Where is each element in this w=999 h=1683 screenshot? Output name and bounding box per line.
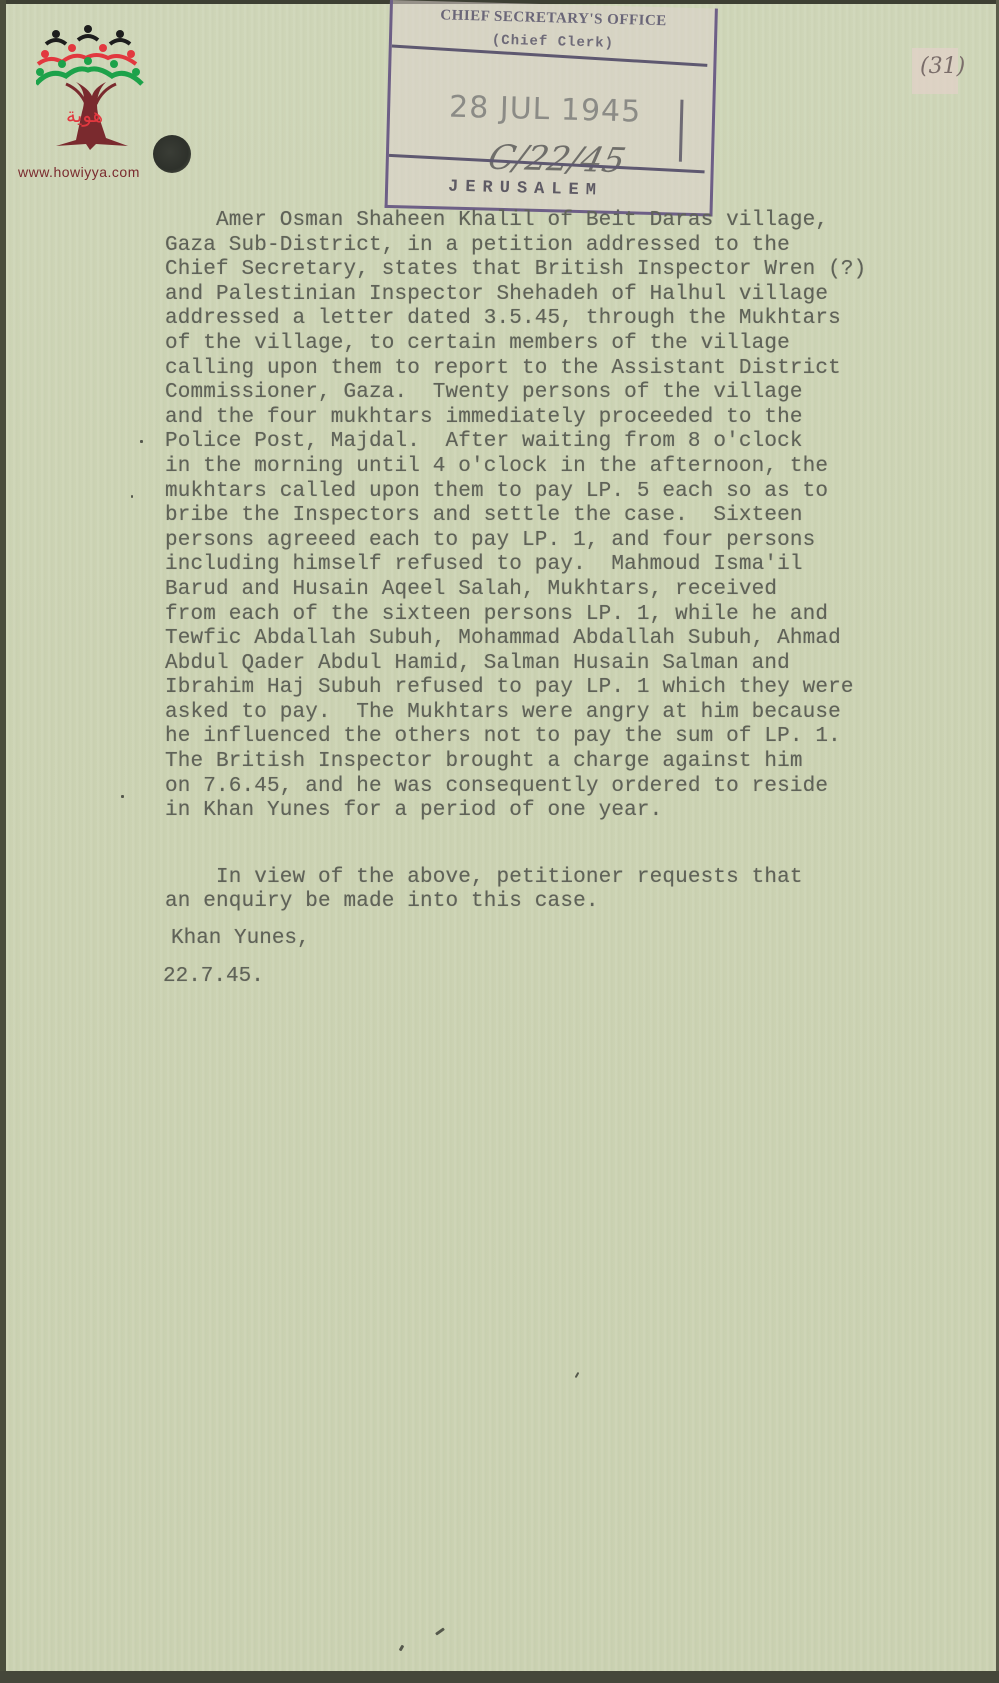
text-line: he influenced the others not to pay the … — [165, 725, 995, 750]
text-line: an enquiry be made into this case. — [165, 890, 995, 914]
text-line: persons agreeed each to pay LP. 1, and f… — [165, 529, 995, 554]
stamp-city: JERUSALEM — [448, 178, 603, 201]
text-line: of the village, to certain members of th… — [165, 332, 995, 357]
date-line: 22.7.45. — [163, 965, 264, 988]
text-line: from each of the sixteen persons LP. 1, … — [165, 603, 995, 628]
paragraph-1: Amer Osman Shaheen Khalil of Beit Daras … — [165, 209, 995, 824]
watermark-url[interactable]: www.howiyya.com — [18, 164, 140, 180]
text-line: on 7.6.45, and he was consequently order… — [165, 775, 995, 800]
text-line: bribe the Inspectors and settle the case… — [165, 504, 995, 529]
text-line: calling upon them to report to the Assis… — [165, 357, 995, 382]
text-line: Barud and Husain Aqeel Salah, Mukhtars, … — [165, 578, 995, 603]
folio-number-text: (31) — [920, 54, 965, 79]
watermark-logo[interactable]: هوية www.howiyya.com — [18, 22, 168, 182]
stamp-bar — [679, 100, 684, 162]
text-line: Tewfic Abdallah Subuh, Mohammad Abdallah… — [165, 627, 995, 652]
text-line: and the four mukhtars immediately procee… — [165, 406, 995, 431]
text-line: in Khan Yunes for a period of one year. — [165, 799, 995, 824]
stamp-title: CHIEF SECRETARY'S OFFICE — [408, 6, 698, 31]
tree-of-people-logo-icon: هوية — [36, 22, 146, 162]
received-stamp: CHIEF SECRETARY'S OFFICE (Chief Clerk) 2… — [385, 0, 718, 217]
ink-blot — [153, 135, 191, 173]
text-line: Ibrahim Haj Subuh refused to pay LP. 1 w… — [165, 676, 995, 701]
paragraph-2: In view of the above, petitioner request… — [165, 866, 995, 913]
folio-number: (31) — [912, 48, 958, 94]
svg-text:هوية: هوية — [66, 103, 103, 127]
text-line: and Palestinian Inspector Shehadeh of Ha… — [165, 283, 995, 308]
text-line: Commissioner, Gaza. Twenty persons of th… — [165, 381, 995, 406]
stray-mark — [121, 795, 124, 798]
text-line: Gaza Sub-District, in a petition address… — [165, 234, 995, 259]
stamp-date: 28 JUL 1945 — [420, 89, 671, 131]
text-line: Amer Osman Shaheen Khalil of Beit Daras … — [165, 209, 995, 234]
text-line: Police Post, Majdal. After waiting from … — [165, 430, 995, 455]
text-line: asked to pay. The Mukhtars were angry at… — [165, 701, 995, 726]
text-line: Chief Secretary, states that British Ins… — [165, 258, 995, 283]
text-line: The British Inspector brought a charge a… — [165, 750, 995, 775]
page-left-edge — [0, 0, 6, 1683]
text-line: mukhtars called upon them to pay LP. 5 e… — [165, 480, 995, 505]
text-line: in the morning until 4 o'clock in the af… — [165, 455, 995, 480]
text-line: addressed a letter dated 3.5.45, through… — [165, 307, 995, 332]
text-line: including himself refused to pay. Mahmou… — [165, 553, 995, 578]
place-line: Khan Yunes, — [171, 927, 310, 950]
text-line: Abdul Qader Abdul Hamid, Salman Husain S… — [165, 652, 995, 677]
stray-mark — [140, 440, 143, 443]
page-bottom-edge — [0, 1671, 999, 1683]
text-line: In view of the above, petitioner request… — [165, 866, 995, 890]
stray-mark — [131, 495, 133, 498]
